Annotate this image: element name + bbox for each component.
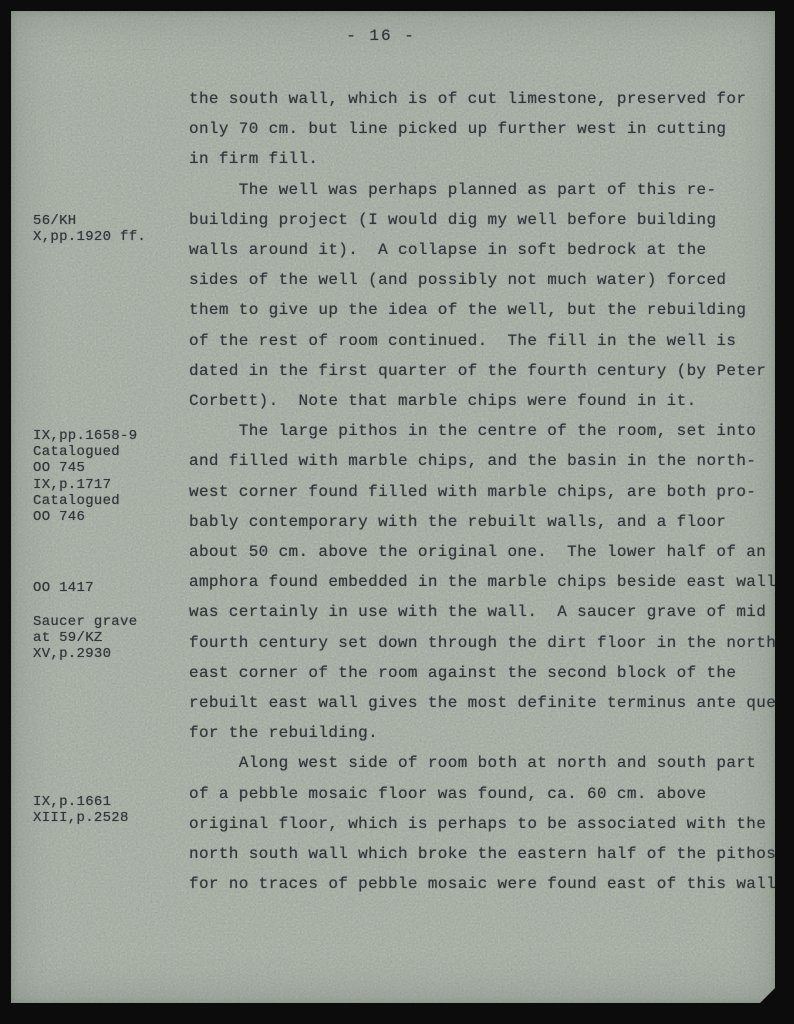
body-paragraph: Along west side of room both at north an… — [189, 748, 789, 899]
margin-note-page-refs: IX,p.1661 XIII,p.2528 — [33, 794, 129, 826]
page-number: - 16 - — [0, 27, 763, 45]
scan-background: - 16 - 56/KH X,pp.1920 ff. IX,pp.1658-9 … — [0, 0, 794, 1024]
body-paragraph: The large pithos in the centre of the ro… — [189, 416, 789, 748]
body-text-column: the south wall, which is of cut limeston… — [189, 84, 789, 899]
document-page: - 16 - 56/KH X,pp.1920 ff. IX,pp.1658-9 … — [11, 11, 775, 1003]
body-paragraph: The well was perhaps planned as part of … — [189, 175, 789, 417]
body-paragraph: the south wall, which is of cut limeston… — [189, 84, 789, 175]
margin-note-catalogue: IX,pp.1658-9 Catalogued OO 745 IX,p.1717… — [33, 428, 137, 525]
margin-note-object-number: OO 1417 — [33, 580, 94, 596]
margin-note-reference: 56/KH X,pp.1920 ff. — [33, 213, 146, 245]
margin-note-saucer-grave: Saucer grave at 59/KZ XV,p.2930 — [33, 614, 137, 663]
